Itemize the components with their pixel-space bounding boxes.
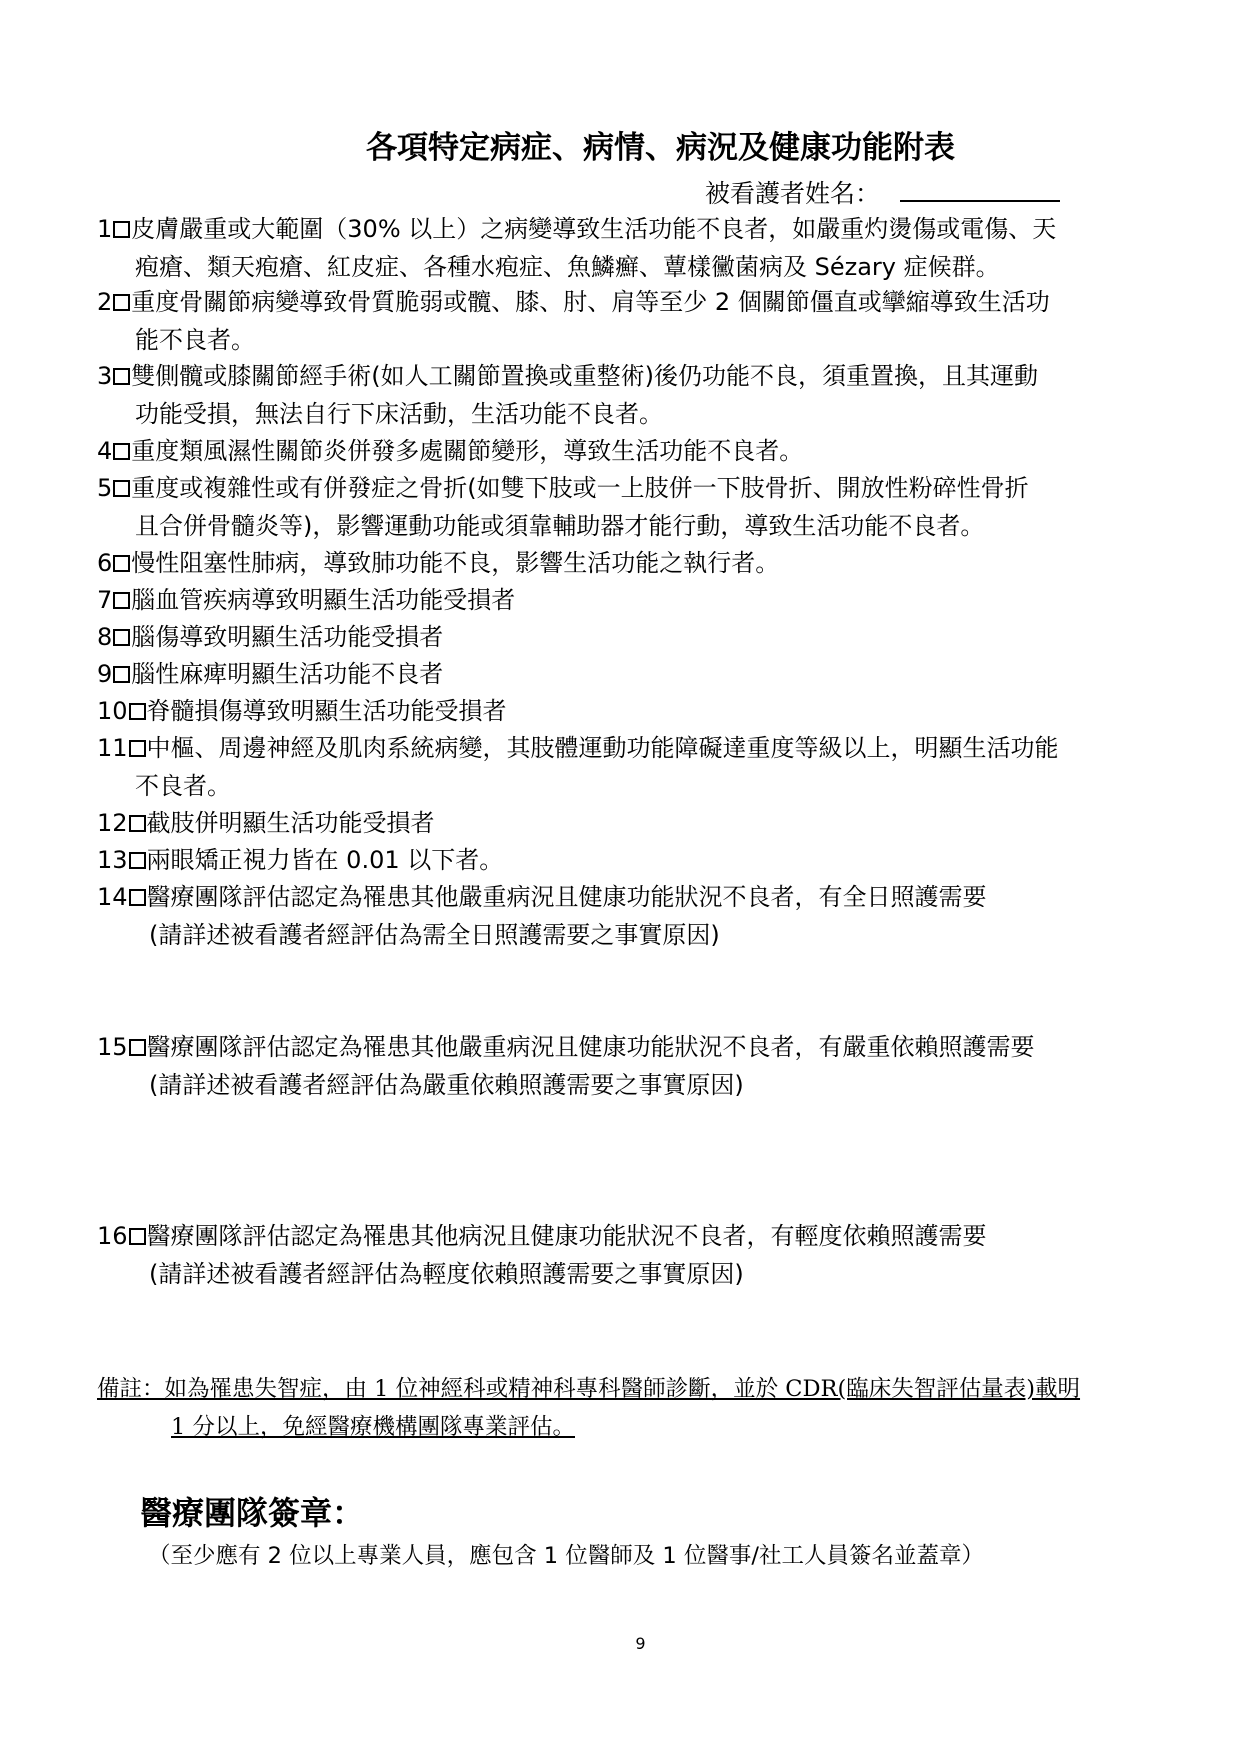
criteria-item-4: 4重度類風濕性關節炎併發多處關節變形，導致生活功能不良者。 [97,432,1177,470]
signature-title: 醫療團隊簽章： [140,1488,364,1534]
item-text: 兩眼矯正視力皆在 0.01 以下者。 [147,846,504,874]
criteria-item-6: 6慢性阻塞性肺病，導致肺功能不良，影響生活功能之執行者。 [97,544,1177,582]
criteria-item-16: 16醫療團隊評估認定為罹患其他病況且健康功能狀況不良者，有輕度依賴照護需要 (請… [97,1217,1177,1293]
item-text: 慢性阻塞性肺病，導致肺功能不良，影響生活功能之執行者。 [131,549,779,577]
item-number: 2 [97,288,112,316]
item-text: 雙側髖或膝關節經手術(如人工關節置換或重整術)後仍功能不良，須重置換，且其運動 [131,362,1038,390]
checkbox[interactable] [129,815,146,832]
checkbox[interactable] [113,368,130,385]
item-number: 14 [97,883,128,911]
criteria-item-3: 3雙側髖或膝關節經手術(如人工關節置換或重整術)後仍功能不良，須重置換，且其運動… [97,357,1177,433]
checkbox[interactable] [129,889,146,906]
item-number: 10 [97,697,128,725]
item-text: 醫療團隊評估認定為罹患其他病況且健康功能狀況不良者，有輕度依賴照護需要 [147,1222,987,1250]
criteria-item-12: 12截肢併明顯生活功能受損者 [97,804,1177,842]
item-detail-prompt: (請詳述被看護者經評估為輕度依賴照護需要之事實原因) [97,1255,1177,1293]
checkbox[interactable] [129,740,146,757]
criteria-item-2: 2重度骨關節病變導致骨質脆弱或髖、膝、肘、肩等至少 2 個關節僵直或攣縮導致生活… [97,283,1177,359]
item-text-continued: 不良者。 [97,767,1177,805]
patient-name-field[interactable] [900,178,1060,202]
item-text: 中樞、周邊神經及肌肉系統病變，其肢體運動功能障礙達重度等級以上，明顯生活功能 [147,734,1059,762]
criteria-item-13: 13兩眼矯正視力皆在 0.01 以下者。 [97,841,1177,879]
checkbox[interactable] [113,592,130,609]
item-text: 重度骨關節病變導致骨質脆弱或髖、膝、肘、肩等至少 2 個關節僵直或攣縮導致生活功 [131,288,1050,316]
criteria-item-8: 8腦傷導致明顯生活功能受損者 [97,618,1177,656]
item-text: 腦血管疾病導致明顯生活功能受損者 [131,586,515,614]
remark-line-1: 備註：如為罹患失智症，由 1 位神經科或精神科專科醫師診斷，並於 CDR(臨床失… [97,1376,1080,1402]
checkbox[interactable] [129,1228,146,1245]
item-text: 腦性麻痺明顯生活功能不良者 [131,660,443,688]
item-number: 13 [97,846,128,874]
checkbox[interactable] [113,555,130,572]
item-number: 12 [97,809,128,837]
item-text-continued: 且合併骨髓炎等)，影響運動功能或須靠輔助器才能行動，導致生活功能不良者。 [97,507,1177,545]
item-number: 7 [97,586,112,614]
page-number: 9 [0,1634,1241,1653]
checkbox[interactable] [113,294,130,311]
item-text-continued: 功能受損，無法自行下床活動，生活功能不良者。 [97,395,1177,433]
remark-line-2: 1 分以上，免經醫療機構團隊專業評估。 [171,1414,575,1440]
checkbox[interactable] [113,629,130,646]
checkbox[interactable] [113,480,130,497]
item-number: 9 [97,660,112,688]
item-text: 腦傷導致明顯生活功能受損者 [131,623,443,651]
item-text: 重度或複雜性或有併發症之骨折(如雙下肢或一上肢併一下肢骨折、開放性粉碎性骨折 [131,474,1028,502]
remark-note: 備註：如為罹患失智症，由 1 位神經科或精神科專科醫師診斷，並於 CDR(臨床失… [97,1370,1167,1446]
checkbox[interactable] [113,221,130,238]
item-number: 15 [97,1033,128,1061]
checkbox[interactable] [129,703,146,720]
item-number: 6 [97,549,112,577]
criteria-item-15: 15醫療團隊評估認定為罹患其他嚴重病況且健康功能狀況不良者，有嚴重依賴照護需要 … [97,1028,1177,1104]
item-text: 醫療團隊評估認定為罹患其他嚴重病況且健康功能狀況不良者，有全日照護需要 [147,883,987,911]
checkbox[interactable] [129,1039,146,1056]
item-text-continued: 能不良者。 [97,321,1177,359]
item-number: 8 [97,623,112,651]
criteria-item-1: 1皮膚嚴重或大範圍（30% 以上）之病變導致生活功能不良者，如嚴重灼燙傷或電傷、… [97,210,1177,286]
item-text: 脊髓損傷導致明顯生活功能受損者 [147,697,507,725]
criteria-item-14: 14醫療團隊評估認定為罹患其他嚴重病況且健康功能狀況不良者，有全日照護需要 (請… [97,878,1177,954]
criteria-item-9: 9腦性麻痺明顯生活功能不良者 [97,655,1177,693]
item-number: 5 [97,474,112,502]
page-title: 各項特定病症、病情、病況及健康功能附表 [0,122,1241,167]
item-number: 11 [97,734,128,762]
signature-note: （至少應有 2 位以上專業人員，應包含 1 位醫師及 1 位醫事/社工人員簽名並… [148,1538,984,1570]
criteria-item-5: 5重度或複雜性或有併發症之骨折(如雙下肢或一上肢併一下肢骨折、開放性粉碎性骨折 … [97,469,1177,545]
item-text: 重度類風濕性關節炎併發多處關節變形，導致生活功能不良者。 [131,437,803,465]
checkbox[interactable] [129,852,146,869]
item-text-continued: 疱瘡、類天疱瘡、紅皮症、各種水疱症、魚鱗癬、蕈樣黴菌病及 Sézary 症候群。 [97,248,1177,286]
patient-name-label: 被看護者姓名： [705,179,880,208]
item-text: 皮膚嚴重或大範圍（30% 以上）之病變導致生活功能不良者，如嚴重灼燙傷或電傷、天 [131,215,1056,243]
item-detail-prompt: (請詳述被看護者經評估為需全日照護需要之事實原因) [97,916,1177,954]
item-text: 截肢併明顯生活功能受損者 [147,809,435,837]
checkbox[interactable] [113,443,130,460]
item-number: 3 [97,362,112,390]
criteria-item-10: 10脊髓損傷導致明顯生活功能受損者 [97,692,1177,730]
item-number: 1 [97,215,112,243]
criteria-item-7: 7腦血管疾病導致明顯生活功能受損者 [97,581,1177,619]
checkbox[interactable] [113,666,130,683]
item-detail-prompt: (請詳述被看護者經評估為嚴重依賴照護需要之事實原因) [97,1066,1177,1104]
patient-name-row: 被看護者姓名： [705,174,1060,210]
item-text: 醫療團隊評估認定為罹患其他嚴重病況且健康功能狀況不良者，有嚴重依賴照護需要 [147,1033,1035,1061]
item-number: 16 [97,1222,128,1250]
item-number: 4 [97,437,112,465]
criteria-item-11: 11中樞、周邊神經及肌肉系統病變，其肢體運動功能障礙達重度等級以上，明顯生活功能… [97,729,1177,805]
